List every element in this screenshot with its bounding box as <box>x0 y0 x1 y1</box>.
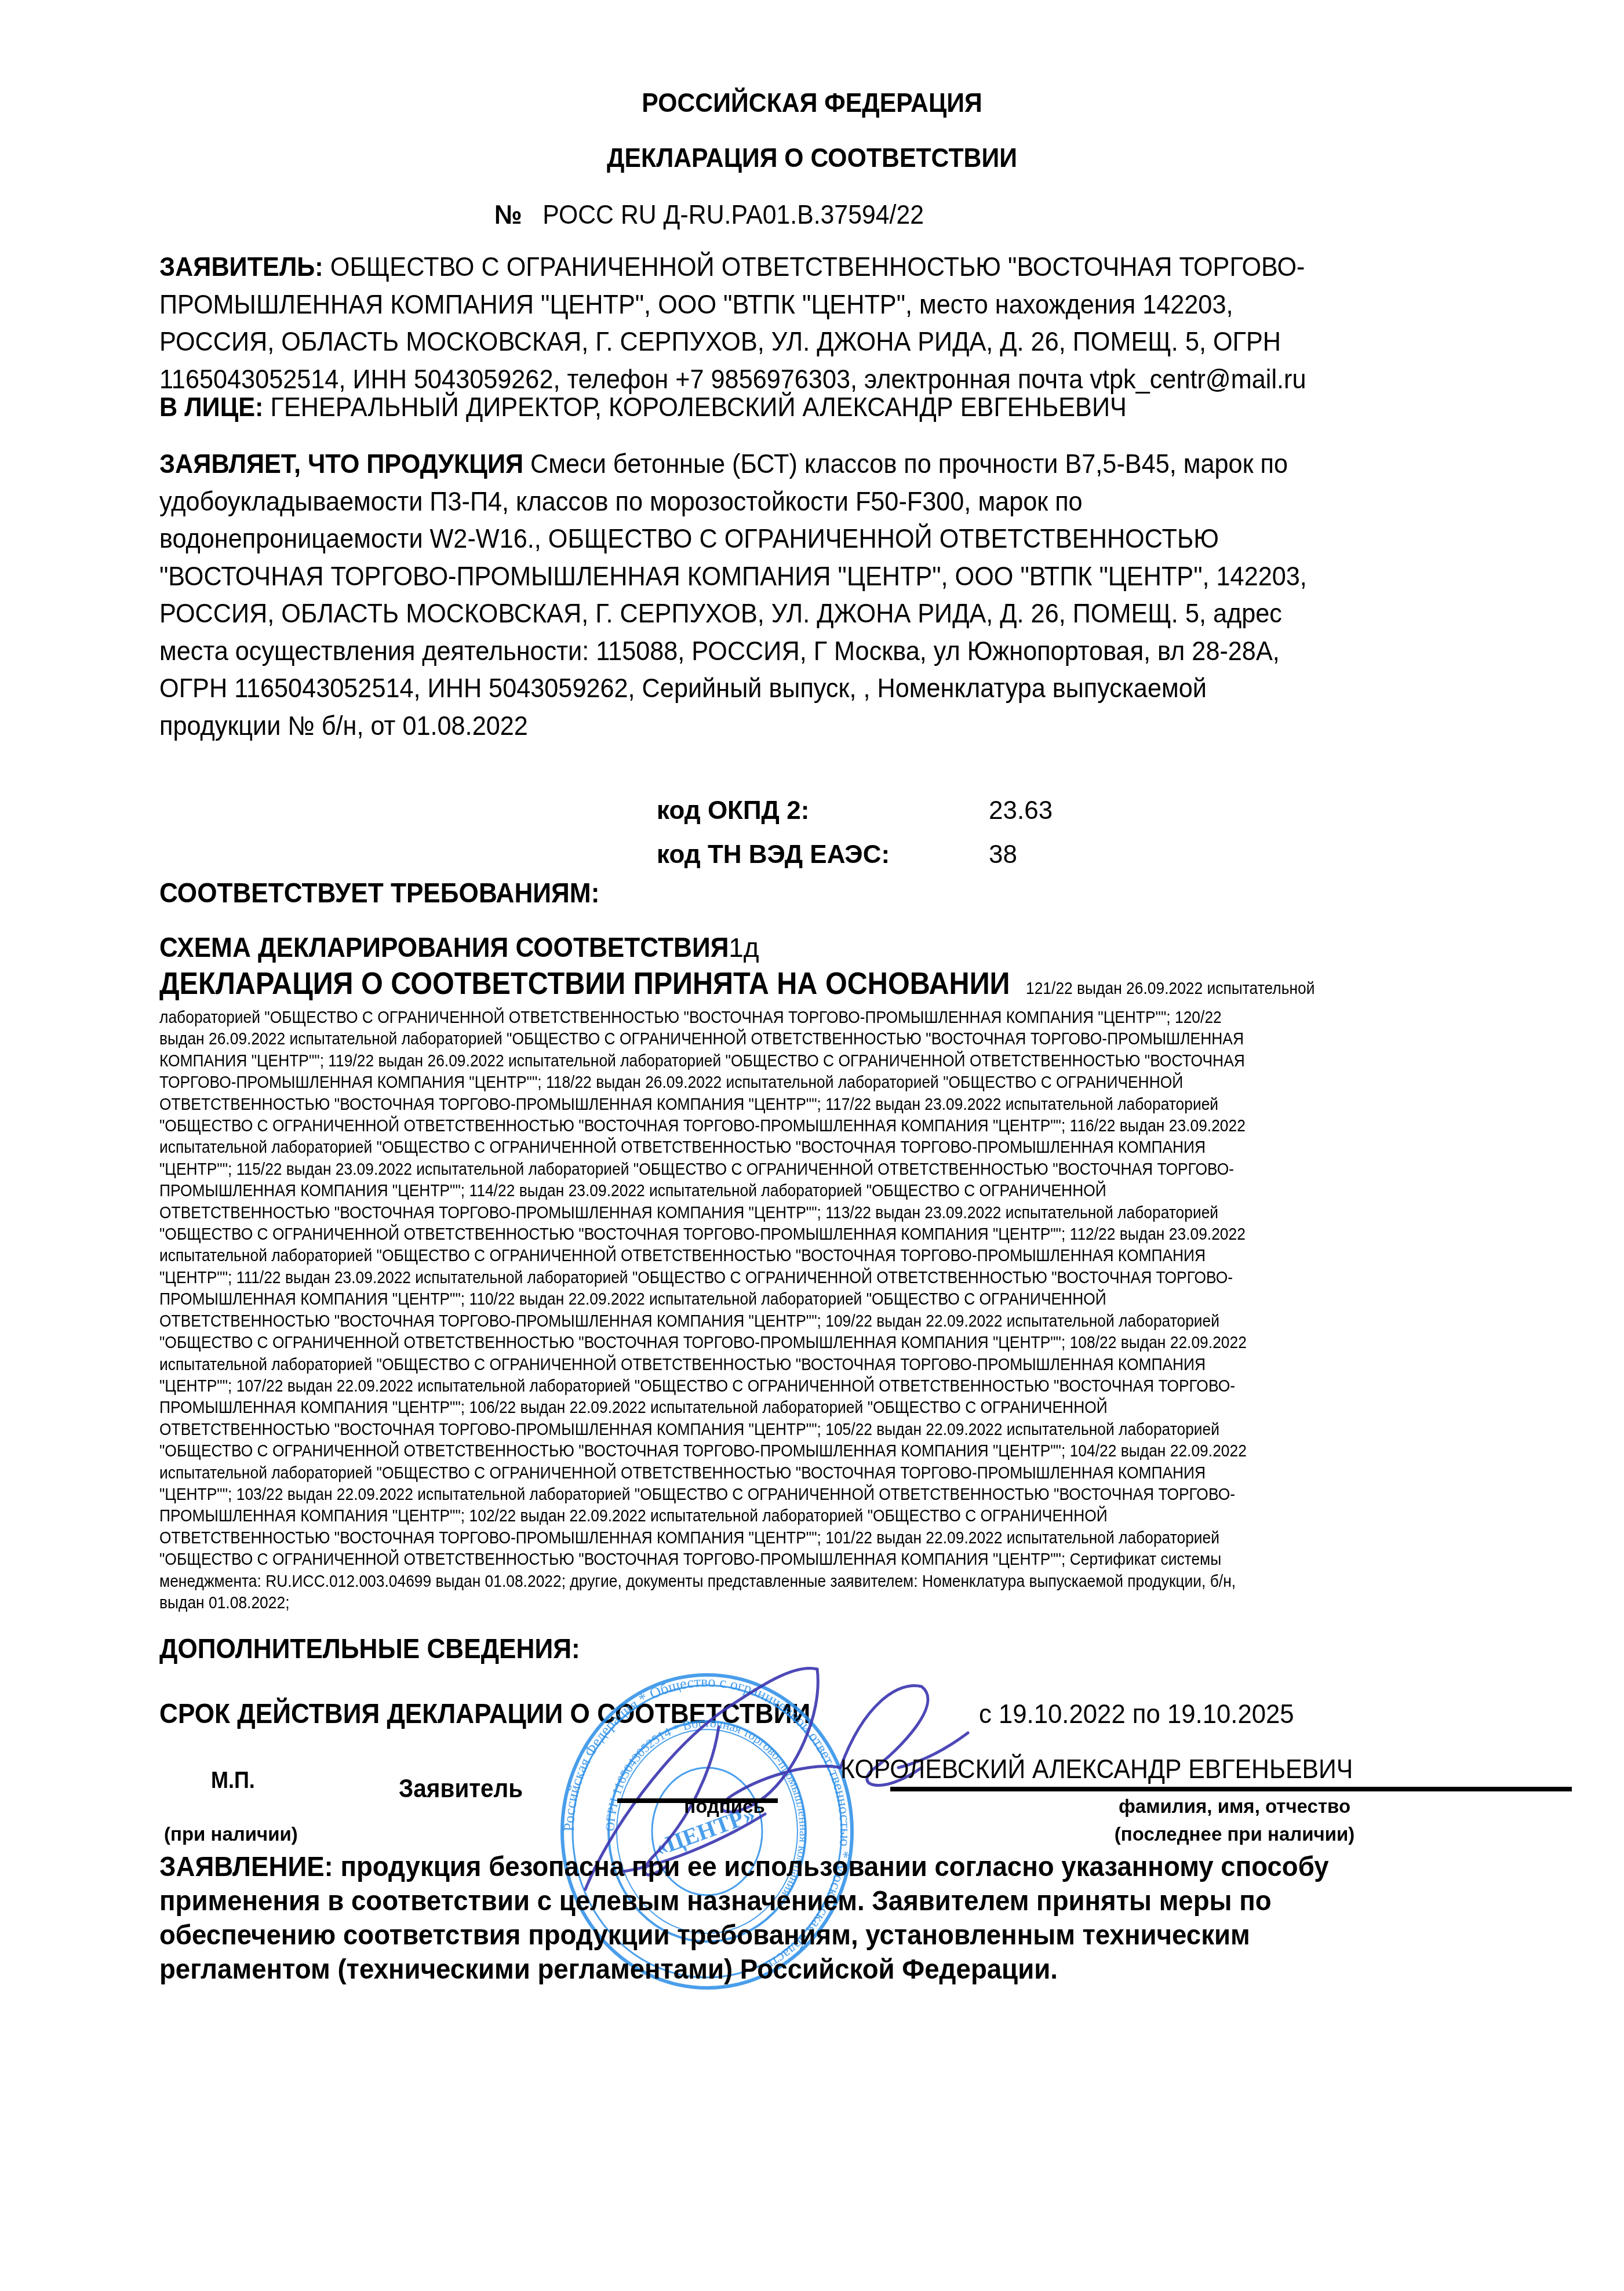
validity-value: с 19.10.2022 по 19.10.2025 <box>979 1698 1294 1729</box>
signature-caption: подпись <box>609 1795 840 1817</box>
applicant-text: РОССИЯ, ОБЛАСТЬ МОСКОВСКАЯ, Г. СЕРПУХОВ,… <box>159 326 1281 356</box>
applicant-line: РОССИЯ, ОБЛАСТЬ МОСКОВСКАЯ, Г. СЕРПУХОВ,… <box>159 323 1478 360</box>
basis-line: испытательной лабораторией "ОБЩЕСТВО С О… <box>159 1245 1394 1266</box>
basis-line: ТОРГОВО-ПРОМЫШЛЕННАЯ КОМПАНИЯ "ЦЕНТР""; … <box>159 1072 1394 1093</box>
product-line: места осуществления деятельности: 115088… <box>159 632 1478 670</box>
applicant-text: ОБЩЕСТВО С ОГРАНИЧЕННОЙ ОТВЕТСТВЕННОСТЬЮ… <box>323 252 1305 282</box>
representative-label: В ЛИЦЕ: <box>159 392 263 422</box>
basis-line: испытательной лабораторией "ОБЩЕСТВО С О… <box>159 1462 1394 1484</box>
requirements-heading: СООТВЕТСТВУЕТ ТРЕБОВАНИЯМ: <box>159 877 599 909</box>
signer-name: КОРОЛЕВСКИЙ АЛЕКСАНДР ЕВГЕНЬЕВИЧ <box>840 1753 1353 1784</box>
scheme-value: 1д <box>729 933 759 963</box>
product-line: продукции № б/н, от 01.08.2022 <box>159 707 1478 745</box>
product-label: ЗАЯВЛЯЕТ, ЧТО ПРОДУКЦИЯ <box>159 449 523 479</box>
signer-name-line <box>890 1787 1572 1791</box>
basis-line: ПРОМЫШЛЕННАЯ КОМПАНИЯ "ЦЕНТР""; 110/22 в… <box>159 1288 1394 1310</box>
applicant-line: ПРОМЫШЛЕННАЯ КОМПАНИЯ "ЦЕНТР", ООО "ВТПК… <box>159 286 1478 323</box>
basis-line: ОТВЕТСТВЕННОСТЬЮ "ВОСТОЧНАЯ ТОРГОВО-ПРОМ… <box>159 1527 1394 1549</box>
okpd-value: 23.63 <box>989 796 1053 825</box>
basis-line: испытательной лабораторией "ОБЩЕСТВО С О… <box>159 1137 1394 1158</box>
basis-line: "ОБЩЕСТВО С ОГРАНИЧЕННОЙ ОТВЕТСТВЕННОСТЬ… <box>159 1115 1394 1137</box>
product-line: удобоукладываемости П3-П4, классов по мо… <box>159 483 1478 520</box>
product-line: "ВОСТОЧНАЯ ТОРГОВО-ПРОМЫШЛЕННАЯ КОМПАНИЯ… <box>159 558 1478 595</box>
scheme-label: СХЕМА ДЕКЛАРИРОВАНИЯ СООТВЕТСТВИЯ <box>159 932 729 964</box>
basis-line: "ЦЕНТР""; 107/22 выдан 22.09.2022 испыта… <box>159 1375 1394 1397</box>
document-title: ДЕКЛАРАЦИЯ О СООТВЕТСТВИИ <box>57 142 1567 173</box>
basis-heading-row: ДЕКЛАРАЦИЯ О СООТВЕТСТВИИ ПРИНЯТА НА ОСН… <box>159 966 1354 1001</box>
basis-line: ОТВЕТСТВЕННОСТЬЮ "ВОСТОЧНАЯ ТОРГОВО-ПРОМ… <box>159 1094 1394 1115</box>
applicant-text: ПРОМЫШЛЕННАЯ КОМПАНИЯ "ЦЕНТР", ООО "ВТПК… <box>159 289 1233 319</box>
country-title: РОССИЙСКАЯ ФЕДЕРАЦИЯ <box>57 87 1567 118</box>
basis-line: "ЦЕНТР""; 115/22 выдан 23.09.2022 испыта… <box>159 1159 1394 1180</box>
basis-line: "ОБЩЕСТВО С ОГРАНИЧЕННОЙ ОТВЕТСТВЕННОСТЬ… <box>159 1549 1394 1570</box>
product-line: ЗАЯВЛЯЕТ, ЧТО ПРОДУКЦИЯ Смеси бетонные (… <box>159 445 1478 483</box>
basis-line: ПРОМЫШЛЕННАЯ КОМПАНИЯ "ЦЕНТР""; 114/22 в… <box>159 1180 1394 1201</box>
product-line: РОССИЯ, ОБЛАСТЬ МОСКОВСКАЯ, Г. СЕРПУХОВ,… <box>159 595 1478 632</box>
applicant-block: ЗАЯВИТЕЛЬ: ОБЩЕСТВО С ОГРАНИЧЕННОЙ ОТВЕТ… <box>159 248 1562 418</box>
basis-line: КОМПАНИЯ "ЦЕНТР""; 119/22 выдан 26.09.20… <box>159 1050 1394 1072</box>
basis-first-line: 121/22 выдан 26.09.2022 испытательной <box>1026 979 1315 999</box>
representative-line: В ЛИЦЕ: ГЕНЕРАЛЬНЫЙ ДИРЕКТОР, КОРОЛЕВСКИ… <box>159 395 1478 418</box>
statement-block: ЗАЯВЛЕНИЕ: продукция безопасна при ее ис… <box>159 1850 1562 1987</box>
declaration-number: № РОСС RU Д-RU.РА01.В.37594/22 <box>494 199 924 230</box>
product-line: ОГРН 1165043052514, ИНН 5043059262, Сери… <box>159 669 1478 707</box>
basis-line: ОТВЕТСТВЕННОСТЬЮ "ВОСТОЧНАЯ ТОРГОВО-ПРОМ… <box>159 1419 1394 1440</box>
basis-line: "ОБЩЕСТВО С ОГРАНИЧЕННОЙ ОТВЕТСТВЕННОСТЬ… <box>159 1332 1394 1353</box>
tnved-label: код ТН ВЭД ЕАЭС: <box>657 840 890 869</box>
number-value: РОСС RU Д-RU.РА01.В.37594/22 <box>542 199 924 230</box>
basis-line: ПРОМЫШЛЕННАЯ КОМПАНИЯ "ЦЕНТР""; 102/22 в… <box>159 1505 1394 1527</box>
validity-label: СРОК ДЕЙСТВИЯ ДЕКЛАРАЦИИ О СООТВЕТСТВИИ <box>159 1698 810 1730</box>
name-caption: фамилия, имя, отчество <box>1043 1795 1426 1817</box>
basis-line: менеджмента: RU.ИСС.012.003.04699 выдан … <box>159 1571 1394 1592</box>
scheme-row: СХЕМА ДЕКЛАРИРОВАНИЯ СООТВЕТСТВИЯ 1д <box>159 932 759 964</box>
additional-info-heading: ДОПОЛНИТЕЛЬНЫЕ СВЕДЕНИЯ: <box>159 1633 580 1665</box>
seal-note: (при наличии) <box>164 1823 298 1845</box>
basis-line: лабораторией "ОБЩЕСТВО С ОГРАНИЧЕННОЙ ОТ… <box>159 1007 1394 1028</box>
basis-line: испытательной лабораторией "ОБЩЕСТВО С О… <box>159 1354 1394 1375</box>
basis-line: "ОБЩЕСТВО С ОГРАНИЧЕННОЙ ОТВЕТСТВЕННОСТЬ… <box>159 1440 1394 1462</box>
statement-line: ЗАЯВЛЕНИЕ: продукция безопасна при ее ис… <box>159 1850 1492 1884</box>
okpd-label: код ОКПД 2: <box>657 796 809 825</box>
basis-line: выдан 26.09.2022 испытательной лаборатор… <box>159 1028 1394 1050</box>
applicant-text: 1165043052514, ИНН 5043059262, телефон +… <box>159 364 1306 394</box>
statement-line: регламентом (техническими регламентами) … <box>159 1953 1492 1987</box>
basis-line: "ЦЕНТР""; 103/22 выдан 22.09.2022 испыта… <box>159 1484 1394 1505</box>
product-line: водонепроницаемости W2-W16., ОБЩЕСТВО С … <box>159 520 1478 558</box>
basis-line: выдан 01.08.2022; <box>159 1592 1394 1613</box>
statement-line: обеспечению соответствия продукции требо… <box>159 1918 1492 1953</box>
tnved-value: 38 <box>989 840 1017 869</box>
applicant-line: ЗАЯВИТЕЛЬ: ОБЩЕСТВО С ОГРАНИЧЕННОЙ ОТВЕТ… <box>159 248 1478 286</box>
applicant-signature-label: Заявитель <box>399 1775 523 1804</box>
name-caption-note: (последнее при наличии) <box>1043 1823 1426 1845</box>
product-text: Смеси бетонные (БСТ) классов по прочност… <box>523 449 1288 479</box>
basis-line: "ЦЕНТР""; 111/22 выдан 23.09.2022 испыта… <box>159 1267 1394 1288</box>
representative-text: ГЕНЕРАЛЬНЫЙ ДИРЕКТОР, КОРОЛЕВСКИЙ АЛЕКСА… <box>263 392 1126 422</box>
basis-line: ОТВЕТСТВЕННОСТЬЮ "ВОСТОЧНАЯ ТОРГОВО-ПРОМ… <box>159 1202 1394 1223</box>
basis-line: ОТВЕТСТВЕННОСТЬЮ "ВОСТОЧНАЯ ТОРГОВО-ПРОМ… <box>159 1310 1394 1332</box>
basis-line: ПРОМЫШЛЕННАЯ КОМПАНИЯ "ЦЕНТР""; 106/22 в… <box>159 1397 1394 1418</box>
product-block: ЗАЯВЛЯЕТ, ЧТО ПРОДУКЦИЯ Смеси бетонные (… <box>159 445 1562 744</box>
basis-heading: ДЕКЛАРАЦИЯ О СООТВЕТСТВИИ ПРИНЯТА НА ОСН… <box>159 966 1010 1001</box>
number-label: № <box>494 199 522 230</box>
applicant-label: ЗАЯВИТЕЛЬ: <box>159 252 323 282</box>
statement-line: применения в соответствии с целевым назн… <box>159 1884 1492 1918</box>
basis-text: лабораторией "ОБЩЕСТВО С ОГРАНИЧЕННОЙ ОТ… <box>159 1007 1562 1613</box>
basis-line: "ОБЩЕСТВО С ОГРАНИЧЕННОЙ ОТВЕТСТВЕННОСТЬ… <box>159 1223 1394 1245</box>
seal-label: М.П. <box>211 1768 255 1794</box>
